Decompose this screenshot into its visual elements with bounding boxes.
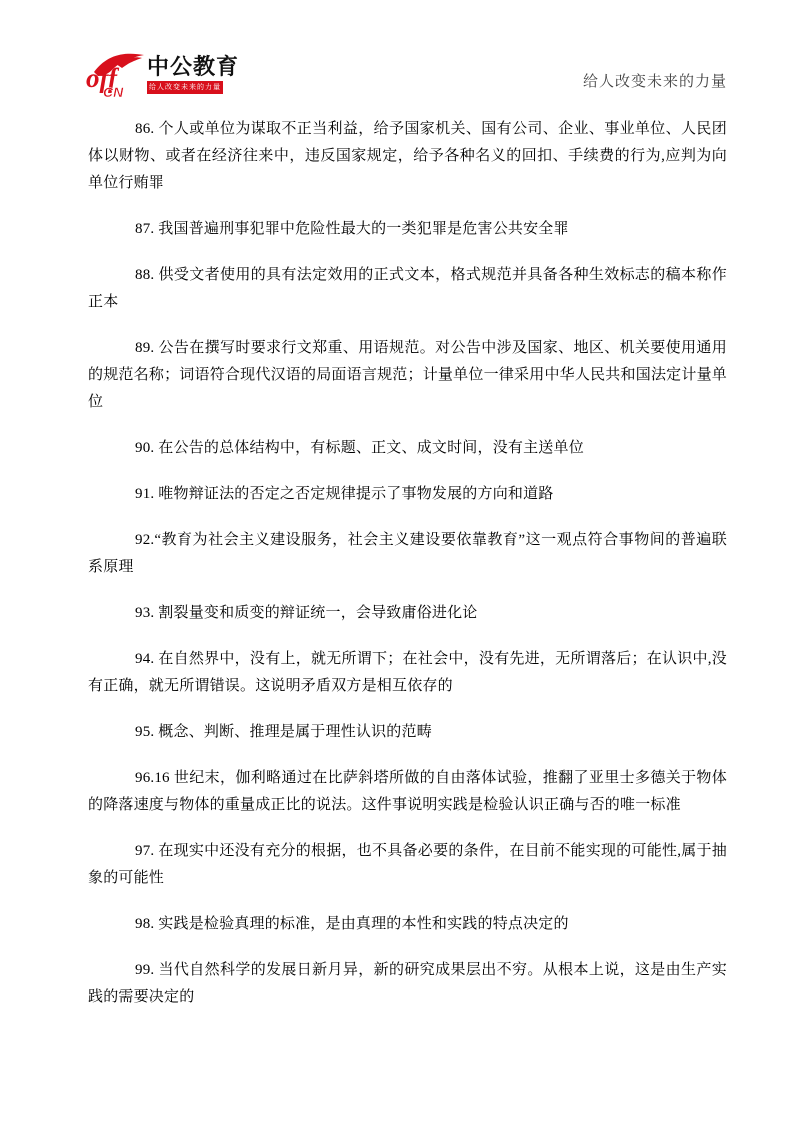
offcn-logo: off CN 中公教育 给人改变未来的力量 — [86, 50, 222, 98]
brand-name: 中公教育 — [147, 55, 239, 79]
offcn-swoosh-icon: off CN — [86, 50, 146, 98]
question-item-86: 86. 个人或单位为谋取不正当利益，给予国家机关、国有公司、企业、事业单位、人民… — [88, 116, 727, 197]
question-item-89: 89. 公告在撰写时要求行文郑重、用语规范。对公告中涉及国家、地区、机关要使用通… — [88, 335, 727, 416]
page-header: off CN 中公教育 给人改变未来的力量 给人改变未来的力量 — [0, 0, 794, 100]
question-item-90: 90. 在公告的总体结构中，有标题、正文、成文时间，没有主送单位 — [88, 435, 727, 462]
question-item-98: 98. 实践是检验真理的标准，是由真理的本性和实践的特点决定的 — [88, 911, 727, 938]
question-item-88: 88. 供受文者使用的具有法定效用的正式文本，格式规范并具备各种生效标志的稿本称… — [88, 262, 727, 316]
svg-text:CN: CN — [103, 84, 124, 98]
brand-slogan-banner: 给人改变未来的力量 — [147, 81, 223, 94]
document-page: off CN 中公教育 给人改变未来的力量 给人改变未来的力量 86. 个人或单… — [0, 0, 794, 1123]
question-item-94: 94. 在自然界中，没有上，就无所谓下；在社会中，没有先进，无所谓落后；在认识中… — [88, 646, 727, 700]
question-item-92: 92.“教育为社会主义建设服务，社会主义建设要依靠教育”这一观点符合事物间的普遍… — [88, 527, 727, 581]
question-item-97: 97. 在现实中还没有充分的根据，也不具备必要的条件，在目前不能实现的可能性,属… — [88, 838, 727, 892]
logo-text-block: 中公教育 给人改变未来的力量 — [147, 50, 239, 98]
question-item-99: 99. 当代自然科学的发展日新月异，新的研究成果层出不穷。从根本上说，这是由生产… — [88, 957, 727, 1011]
question-item-91: 91. 唯物辩证法的否定之否定规律提示了事物发展的方向和道路 — [88, 481, 727, 508]
question-item-87: 87. 我国普遍刑事犯罪中危险性最大的一类犯罪是危害公共安全罪 — [88, 216, 727, 243]
question-list: 86. 个人或单位为谋取不正当利益，给予国家机关、国有公司、企业、事业单位、人民… — [88, 116, 727, 1030]
question-item-95: 95. 概念、判断、推理是属于理性认识的范畴 — [88, 719, 727, 746]
question-item-96: 96.16 世纪末，伽利略通过在比萨斜塔所做的自由落体试验，推翻了亚里士多德关于… — [88, 765, 727, 819]
question-item-93: 93. 割裂量变和质变的辩证统一，会导致庸俗进化论 — [88, 600, 727, 627]
header-tagline: 给人改变未来的力量 — [583, 70, 727, 91]
